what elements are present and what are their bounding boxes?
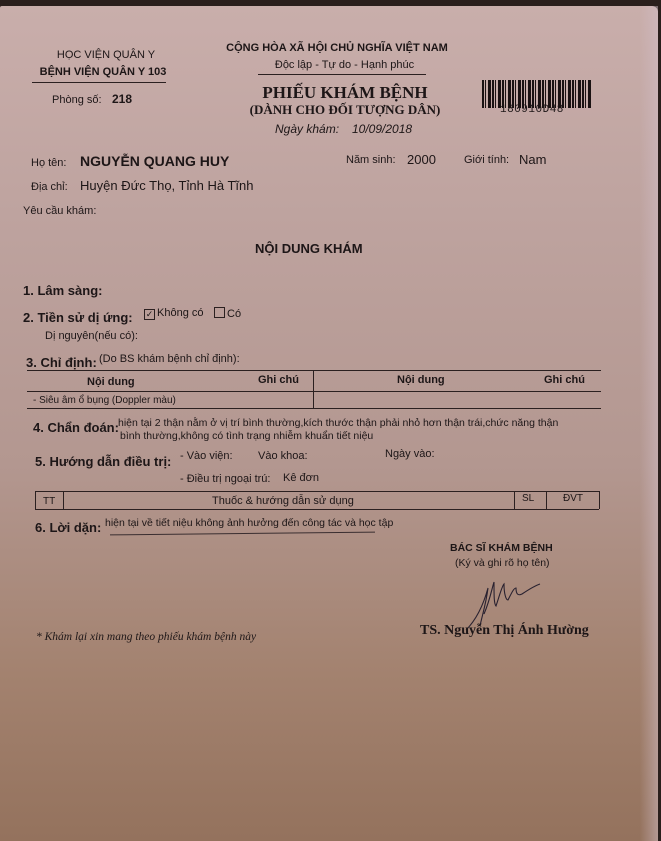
orders-note: (Do BS khám bệnh chỉ định):: [99, 353, 240, 365]
signature-role: BÁC SĨ KHÁM BỆNH: [450, 542, 553, 554]
orders-header-note-1: Ghi chú: [258, 374, 299, 386]
name-label: Họ tên:: [31, 157, 66, 169]
gender-label: Giới tính:: [464, 154, 509, 166]
exam-form-paper: HỌC VIỆN QUÂN Y BỆNH VIỆN QUÂN Y 103 Phò…: [0, 6, 658, 841]
nation-heading: CỘNG HÒA XÃ HỘI CHỦ NGHĨA VIỆT NAM: [222, 42, 452, 54]
rx-table-col2: [514, 491, 515, 509]
admit-label: - Vào viện:: [180, 450, 233, 462]
allergen-label: Dị nguyên(nếu có):: [45, 330, 138, 342]
motto: Độc lập - Tự do - Hạnh phúc: [252, 59, 437, 71]
address: Huyện Đức Thọ, Tỉnh Hà Tĩnh: [80, 178, 253, 193]
allergy-yes-label: Có: [227, 308, 241, 320]
diagnosis-line-2: bình thường,không có tình trạng nhiễm kh…: [120, 430, 373, 442]
orders-table-top: [27, 370, 601, 371]
diagnosis-line-1: hiện tại 2 thận nằm ở vị trí bình thường…: [118, 417, 558, 429]
exam-date-label: Ngày khám:: [275, 122, 339, 136]
doctor-name: TS. Nguyễn Thị Ánh Hường: [420, 623, 589, 639]
rx-header-no: TT: [43, 496, 55, 507]
outpatient-label: - Điều trị ngoại trú:: [180, 473, 270, 485]
orders-row-item: - Siêu âm ổ bụng (Doppler màu): [33, 395, 176, 406]
rx-header-medicine: Thuốc & hướng dẫn sử dụng: [212, 495, 354, 507]
orders-header-content-2: Nội dung: [397, 374, 445, 386]
footer-note: * Khám lại xin mang theo phiếu khám bệnh…: [36, 631, 256, 643]
orders-header-content-1: Nội dung: [87, 376, 135, 388]
advice-text: hiện tại về tiết niệu không ảnh hưởng đế…: [105, 517, 393, 529]
rx-header-qty: SL: [522, 493, 534, 504]
content-heading: NỘI DUNG KHÁM: [255, 241, 363, 256]
org-parent: HỌC VIỆN QUÂN Y: [36, 49, 176, 61]
request-label: Yêu cầu khám:: [23, 205, 96, 217]
form-subtitle: (DÀNH CHO ĐỐI TƯỢNG DÂN): [240, 102, 450, 118]
outpatient-value: Kê đơn: [283, 472, 319, 484]
orders-table-bottom: [27, 408, 601, 409]
rx-table-col1: [63, 491, 64, 509]
treatment-label: 5. Hướng dẫn điều trị:: [35, 454, 171, 469]
rx-table-col3: [546, 491, 547, 509]
clinical-label: 1. Lâm sàng:: [23, 283, 102, 298]
orders-table-header-bottom: [27, 391, 601, 392]
motto-underline: [258, 74, 426, 75]
signature-instruction: (Ký và ghi rõ họ tên): [455, 557, 550, 569]
allergy-option-none[interactable]: ✓Không có: [144, 307, 203, 320]
allergy-none-checkbox[interactable]: ✓: [144, 309, 155, 320]
rx-table-left: [35, 491, 36, 509]
room-number: 218: [112, 92, 132, 106]
rx-table-right: [599, 491, 600, 509]
advice-label: 6. Lời dặn:: [35, 520, 101, 535]
rx-table-bottom: [35, 509, 599, 510]
org-underline: [32, 82, 166, 83]
birth-year-label: Năm sinh:: [346, 154, 396, 166]
gender: Nam: [519, 152, 546, 167]
org-name: BỆNH VIỆN QUÂN Y 103: [33, 66, 173, 78]
room-label: Phòng số:: [52, 94, 102, 106]
admit-date-label: Ngày vào:: [385, 448, 435, 460]
orders-table-divider: [313, 370, 314, 408]
exam-date: 10/09/2018: [352, 122, 412, 136]
rx-header-unit: ĐVT: [563, 493, 583, 504]
ward-label: Vào khoa:: [258, 450, 308, 462]
barcode-text: 180910D48: [500, 104, 564, 116]
allergy-yes-checkbox[interactable]: [214, 307, 225, 318]
allergy-label: 2. Tiền sử dị ứng:: [23, 310, 133, 325]
patient-name: NGUYỄN QUANG HUY: [80, 153, 229, 169]
address-label: Địa chỉ:: [31, 181, 68, 193]
orders-header-note-2: Ghi chú: [544, 374, 585, 386]
diagnosis-label: 4. Chẩn đoán:: [33, 420, 119, 435]
birth-year: 2000: [407, 152, 436, 167]
allergy-none-label: Không có: [157, 307, 203, 319]
orders-label: 3. Chỉ định:: [26, 355, 97, 370]
allergy-option-yes[interactable]: Có: [214, 307, 241, 320]
form-title: PHIẾU KHÁM BỆNH: [240, 83, 450, 103]
advice-handwritten-underline: [110, 532, 375, 536]
